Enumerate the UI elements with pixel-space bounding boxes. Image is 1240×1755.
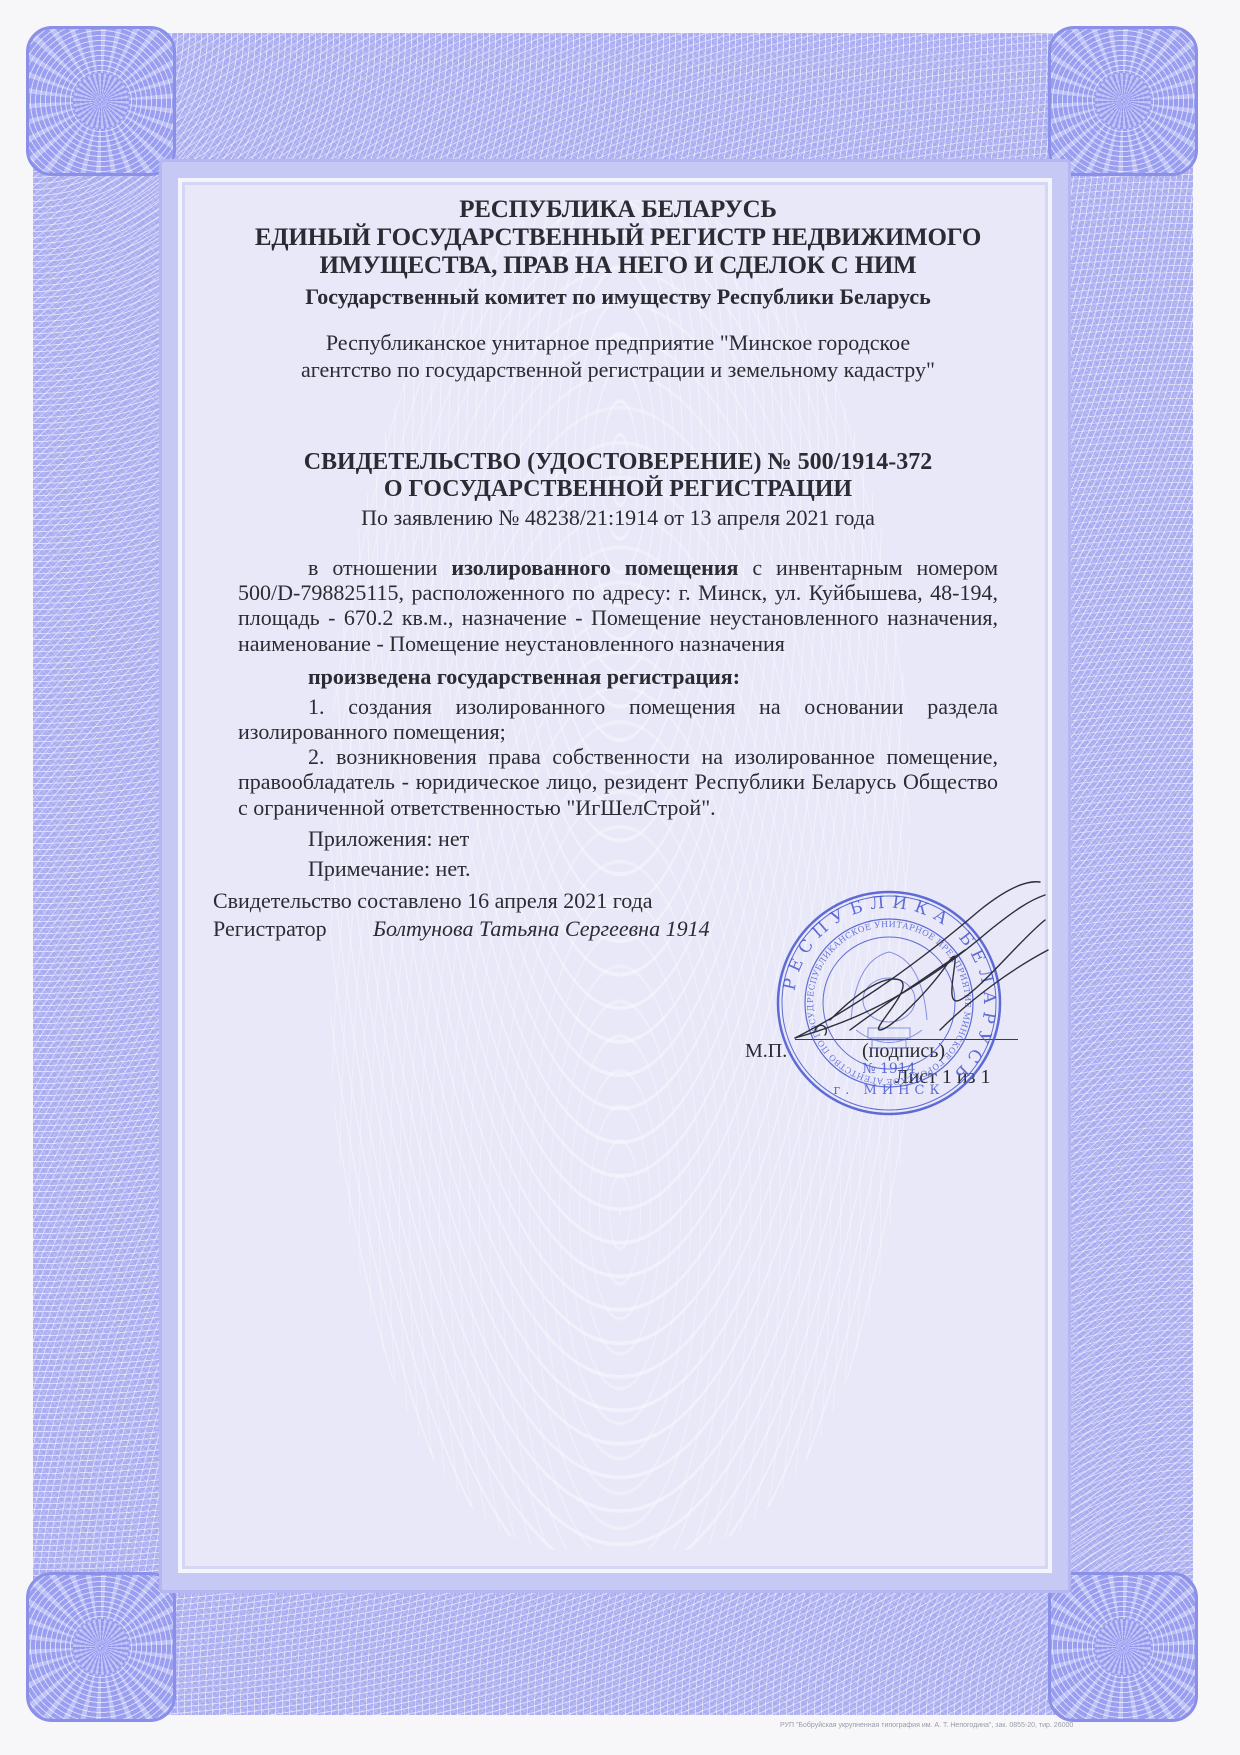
registrar-name: Болтунова Татьяна Сергеевна 1914 <box>373 916 710 942</box>
agency-line2: агентство по государственной регистрации… <box>238 356 998 383</box>
committee-name: Государственный комитет по имуществу Рес… <box>238 283 998 311</box>
certificate-content: РЕСПУБЛИКА БЕЛАРУСЬ ЕДИНЫЙ ГОСУДАРСТВЕНН… <box>238 196 998 942</box>
certificate-title: СВИДЕТЕЛЬСТВО (УДОСТОВЕРЕНИЕ) № 500/1914… <box>238 449 998 503</box>
agency-line1: Республиканское унитарное предприятие "М… <box>238 329 998 356</box>
certificate-title-line1: СВИДЕТЕЛЬСТВО (УДОСТОВЕРЕНИЕ) № 500/1914… <box>238 449 998 476</box>
certificate-title-line2: О ГОСУДАРСТВЕННОЙ РЕГИСТРАЦИИ <box>238 476 998 503</box>
property-object-type: изолированного помещения <box>451 555 738 580</box>
country-title: РЕСПУБЛИКА БЕЛАРУСЬ <box>238 196 998 224</box>
border-corner-ornament <box>1048 26 1198 176</box>
attachments: Приложения: нет <box>238 824 998 854</box>
registration-item: 2. возникновения права собственности на … <box>238 744 998 820</box>
header: РЕСПУБЛИКА БЕЛАРУСЬ ЕДИНЫЙ ГОСУДАРСТВЕНН… <box>238 196 998 531</box>
border-corner-ornament <box>26 26 176 176</box>
property-description: в отношении изолированного помещения с и… <box>238 555 998 656</box>
register-title-line1: ЕДИНЫЙ ГОСУДАРСТВЕННЫЙ РЕГИСТР НЕДВИЖИМО… <box>238 224 998 252</box>
handwritten-signature <box>790 880 1050 1050</box>
stamp-number: № 1914 <box>862 1061 915 1077</box>
agency-name: Республиканское унитарное предприятие "М… <box>238 329 998 383</box>
registrar-label: Регистратор <box>213 916 373 942</box>
border-corner-ornament <box>26 1572 176 1722</box>
border-corner-ornament <box>1048 1572 1198 1722</box>
register-title-line2: ИМУЩЕСТВА, ПРАВ НА НЕГО И СДЕЛОК С НИМ <box>238 252 998 280</box>
registration-item: 1. создания изолированного помещения на … <box>238 694 998 744</box>
application-reference: По заявлению № 48238/21:1914 от 13 апрел… <box>238 505 998 531</box>
printer-note: РУП "Бобруйская укрупненная типография и… <box>780 1722 1073 1729</box>
stamp-city: г. МИНСК <box>833 1083 944 1098</box>
property-intro: в отношении <box>308 555 437 580</box>
registration-heading: произведена государственная регистрация: <box>238 662 998 692</box>
